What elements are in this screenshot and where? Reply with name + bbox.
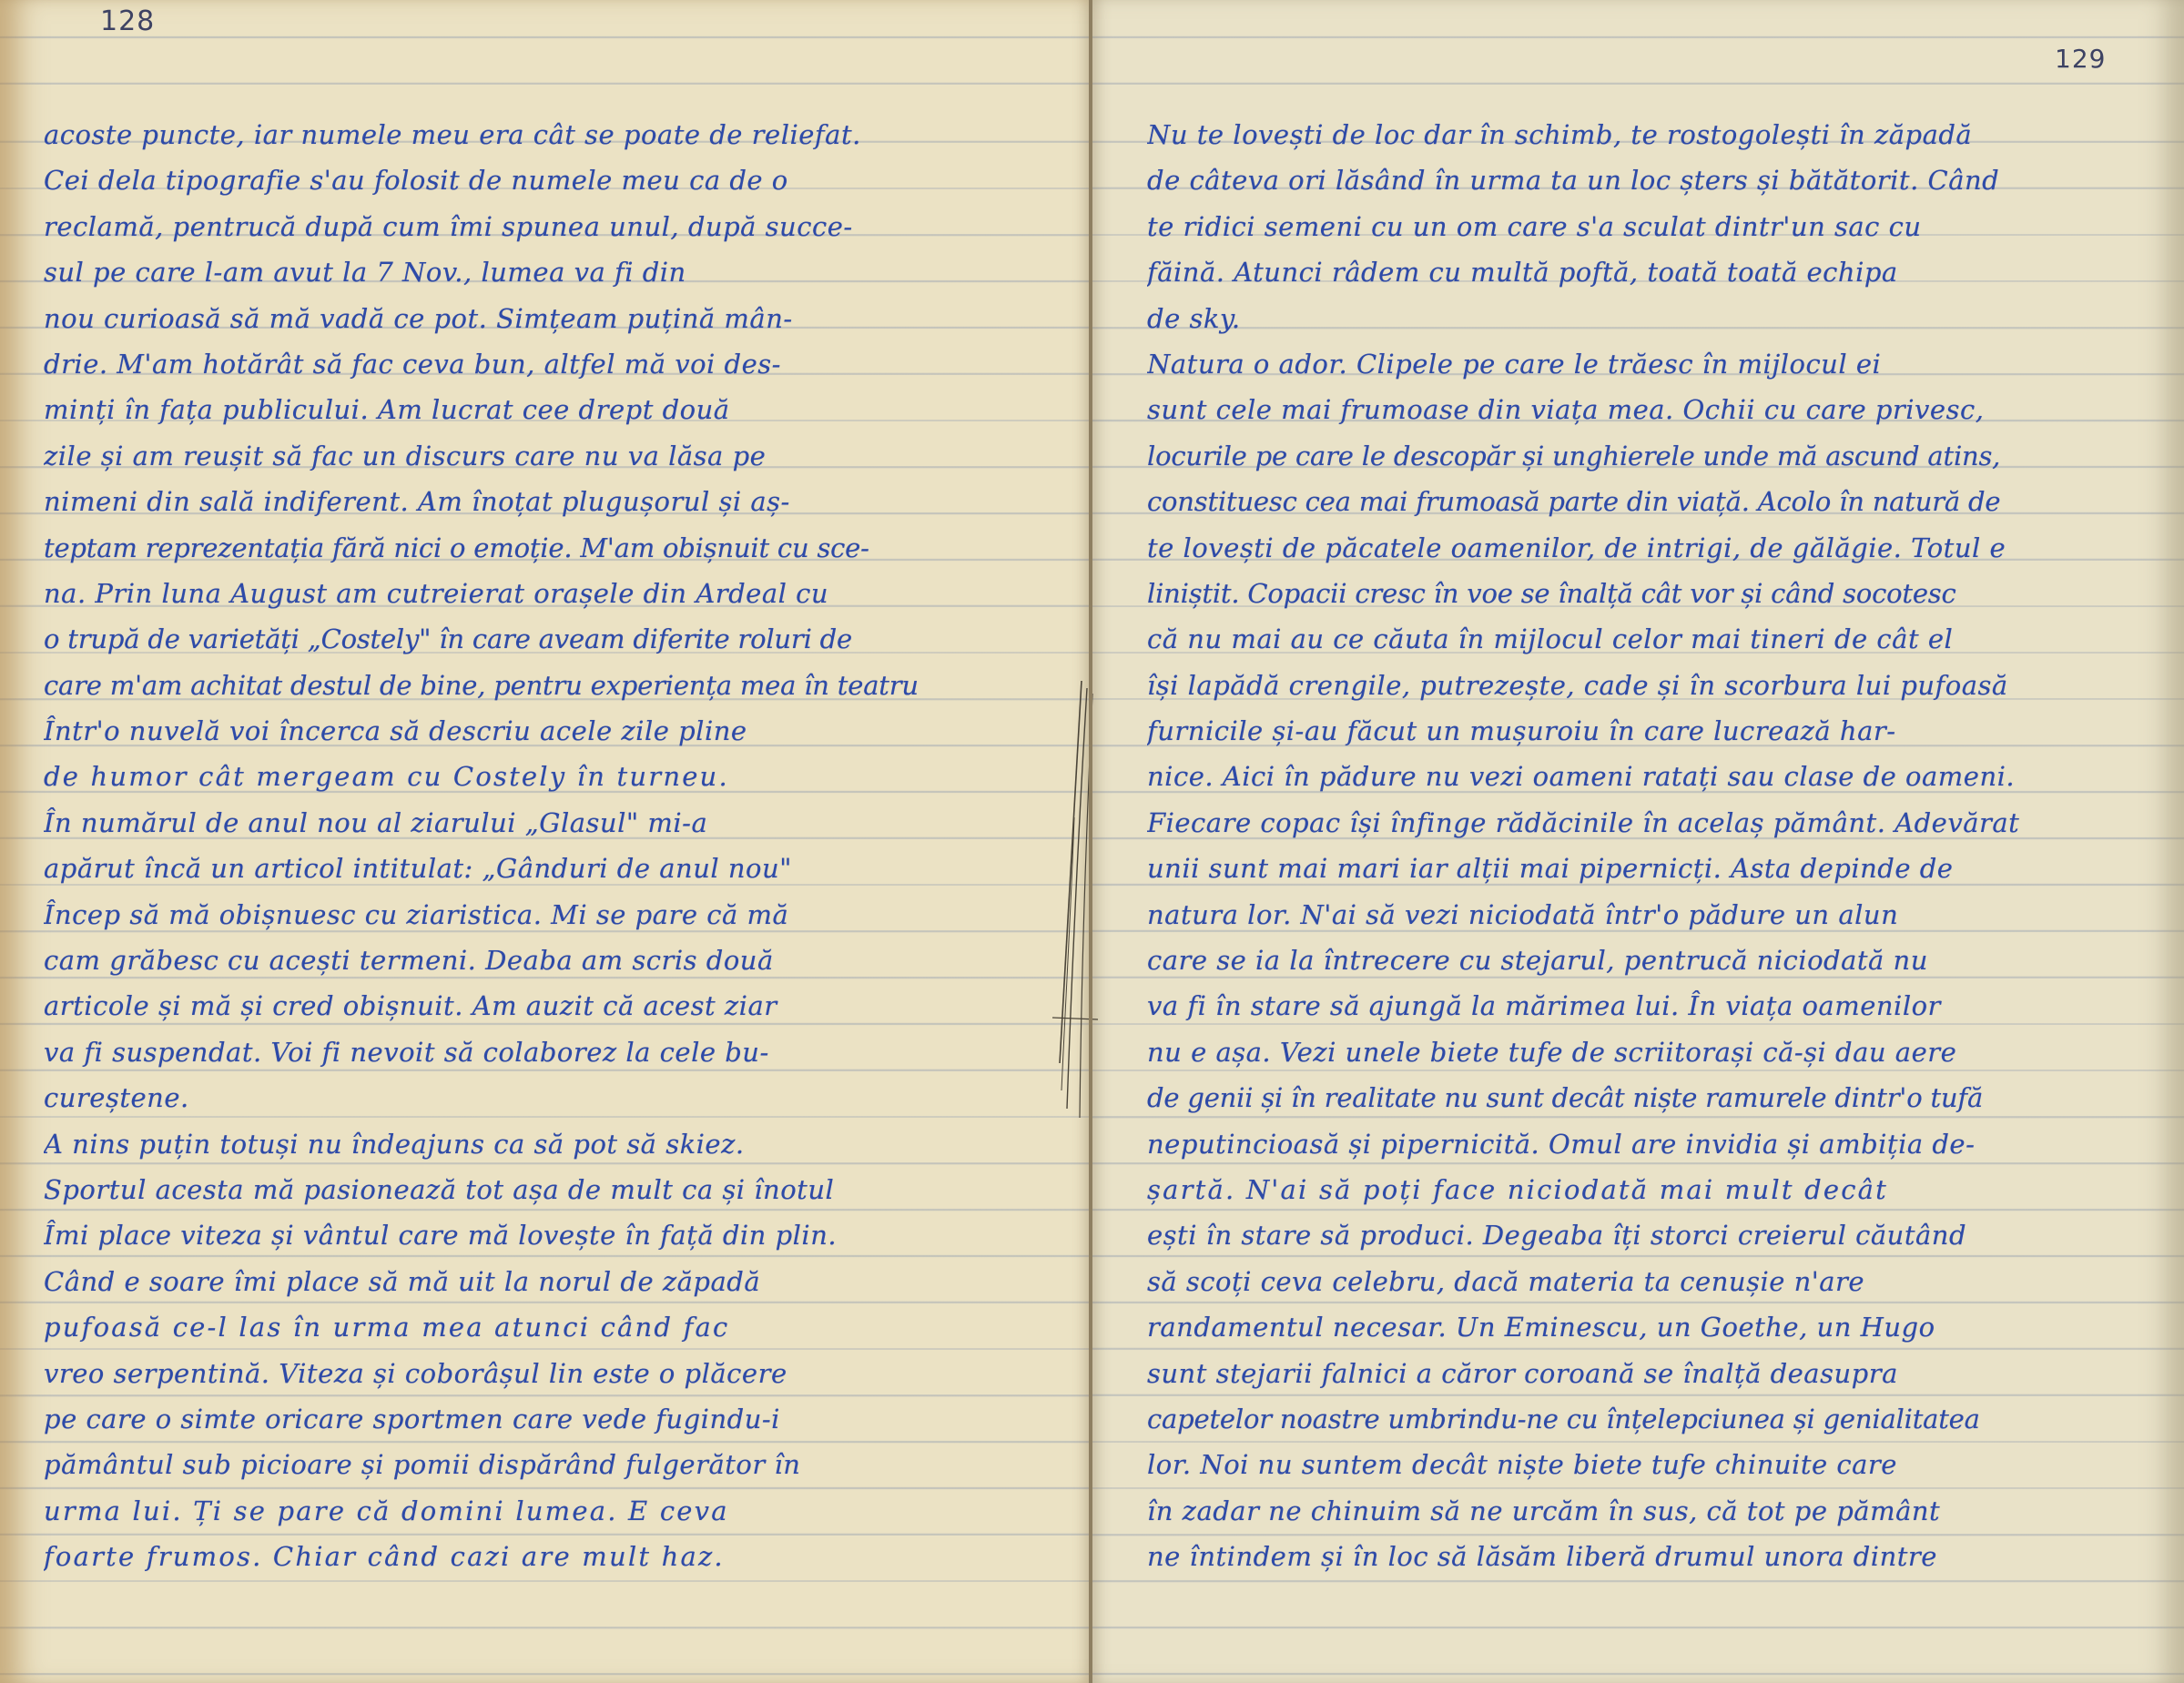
- handwritten-text-left: acoste puncte, iar numele meu era cât se…: [44, 112, 1067, 1580]
- text-line: nice. Aici în pădure nu vezi oameni rata…: [1147, 754, 2157, 799]
- text-line: urma lui. Ți se pare că domini lumea. E …: [44, 1488, 1067, 1534]
- text-line: A nins puțin totuși nu îndeajuns ca să p…: [44, 1121, 1067, 1167]
- text-line: pufoasă ce-l las în urma mea atunci când…: [44, 1304, 1067, 1350]
- page-number-right: 129: [2055, 44, 2106, 74]
- left-page: 128 acoste puncte, iar numele meu era câ…: [0, 0, 1091, 1683]
- text-line: lor. Noi nu suntem decât niște biete tuf…: [1147, 1442, 2157, 1487]
- text-line: nimeni din sală indiferent. Am înoțat pl…: [44, 479, 1067, 524]
- text-line: Cei dela tipografie s'au folosit de nume…: [44, 157, 1067, 203]
- pencil-margin-marks: [1047, 681, 1102, 1118]
- right-page: 129 Nu te lovești de loc dar în schimb, …: [1091, 0, 2184, 1683]
- text-line: care m'am achitat destul de bine, pentru…: [44, 663, 1067, 708]
- text-line: Nu te lovești de loc dar în schimb, te r…: [1147, 112, 2157, 157]
- text-line: vreo serpentină. Viteza și coborâșul lin…: [44, 1351, 1067, 1396]
- text-line: sunt cele mai frumoase din viața mea. Oc…: [1147, 387, 2157, 432]
- text-line: liniștit. Copacii cresc în voe se înalță…: [1147, 571, 2157, 616]
- text-line: să scoți ceva celebru, dacă materia ta c…: [1147, 1259, 2157, 1304]
- text-line: va fi în stare să ajungă la mărimea lui.…: [1147, 983, 2157, 1029]
- text-line: apărut încă un articol intitulat: „Gându…: [44, 846, 1067, 891]
- text-line: natura lor. N'ai să vezi niciodată într'…: [1147, 892, 2157, 938]
- page-number-left: 128: [100, 5, 155, 37]
- text-line: care se ia la întrecere cu stejarul, pen…: [1147, 938, 2157, 983]
- text-line: Sportul acesta mă pasionează tot așa de …: [44, 1167, 1067, 1212]
- text-line: na. Prin luna August am cutreierat orașe…: [44, 571, 1067, 616]
- text-line: de câteva ori lăsând în urma ta un loc ș…: [1147, 157, 2157, 203]
- text-line: cureștene.: [44, 1075, 1067, 1120]
- text-line: furnicile și-au făcut un mușuroiu în car…: [1147, 708, 2157, 754]
- text-line: Încep să mă obișnuesc cu ziaristica. Mi …: [44, 892, 1067, 938]
- text-line: acoste puncte, iar numele meu era cât se…: [44, 112, 1067, 157]
- text-line: își lapădă crengile, putrezește, cade și…: [1147, 663, 2157, 708]
- text-line: de genii și în realitate nu sunt decât n…: [1147, 1075, 2157, 1120]
- text-line: pământul sub picioare și pomii dispărând…: [44, 1442, 1067, 1487]
- text-line: nu e așa. Vezi unele biete tufe de scrii…: [1147, 1029, 2157, 1075]
- text-line: sunt stejarii falnici a căror coroană se…: [1147, 1351, 2157, 1396]
- text-line: capetelor noastre umbrindu-ne cu înțelep…: [1147, 1396, 2157, 1442]
- text-line: teptam reprezentația fără nici o emoție.…: [44, 525, 1067, 571]
- notebook-binding: [1089, 0, 1092, 1683]
- text-line: minți în fața publicului. Am lucrat cee …: [44, 387, 1067, 432]
- text-line: în zadar ne chinuim să ne urcăm în sus, …: [1147, 1488, 2157, 1534]
- text-line: sul pe care l-am avut la 7 Nov., lumea v…: [44, 249, 1067, 295]
- text-line: făină. Atunci râdem cu multă poftă, toat…: [1147, 249, 2157, 295]
- text-line: nou curioasă să mă vadă ce pot. Simțeam …: [44, 296, 1067, 341]
- text-line: Fiecare copac își înfinge rădăcinile în …: [1147, 800, 2157, 846]
- text-line: Îmi place viteza și vântul care mă loveș…: [44, 1212, 1067, 1258]
- text-line: de humor cât mergeam cu Costely în turne…: [44, 754, 1067, 799]
- text-line: În numărul de anul nou al ziarului „Glas…: [44, 800, 1067, 846]
- text-line: randamentul necesar. Un Eminescu, un Goe…: [1147, 1304, 2157, 1350]
- notebook-spread: 128 acoste puncte, iar numele meu era câ…: [0, 0, 2184, 1683]
- text-line: ești în stare să produci. Degeaba îți st…: [1147, 1212, 2157, 1258]
- text-line: foarte frumos. Chiar când cazi are mult …: [44, 1534, 1067, 1579]
- text-line: neputincioasă și pipernicită. Omul are i…: [1147, 1121, 2157, 1167]
- text-line: că nu mai au ce căuta în mijlocul celor …: [1147, 616, 2157, 662]
- text-line: zile și am reușit să fac un discurs care…: [44, 433, 1067, 479]
- text-line: articole și mă și cred obișnuit. Am auzi…: [44, 983, 1067, 1029]
- text-line: te ridici semeni cu un om care s'a scula…: [1147, 204, 2157, 249]
- text-line: Într'o nuvelă voi încerca să descriu ace…: [44, 708, 1067, 754]
- text-line: locurile pe care le descopăr și unghiere…: [1147, 433, 2157, 479]
- text-line: ne întindem și în loc să lăsăm liberă dr…: [1147, 1534, 2157, 1579]
- text-line: drie. M'am hotărât să fac ceva bun, altf…: [44, 341, 1067, 387]
- text-line: o trupă de varietăți „Costely" în care a…: [44, 616, 1067, 662]
- text-line: de sky.: [1147, 296, 2157, 341]
- text-line: Natura o ador. Clipele pe care le trăesc…: [1147, 341, 2157, 387]
- text-line: pe care o simte oricare sportmen care ve…: [44, 1396, 1067, 1442]
- handwritten-text-right: Nu te lovești de loc dar în schimb, te r…: [1147, 112, 2157, 1580]
- text-line: va fi suspendat. Voi fi nevoit să colabo…: [44, 1029, 1067, 1075]
- text-line: cam grăbesc cu acești termeni. Deaba am …: [44, 938, 1067, 983]
- text-line: reclamă, pentrucă după cum îmi spunea un…: [44, 204, 1067, 249]
- text-line: Când e soare îmi place să mă uit la noru…: [44, 1259, 1067, 1304]
- text-line: constituesc cea mai frumoasă parte din v…: [1147, 479, 2157, 524]
- text-line: te lovești de păcatele oamenilor, de int…: [1147, 525, 2157, 571]
- text-line: unii sunt mai mari iar alții mai piperni…: [1147, 846, 2157, 891]
- text-line: șartă. N'ai să poți face niciodată mai m…: [1147, 1167, 2157, 1212]
